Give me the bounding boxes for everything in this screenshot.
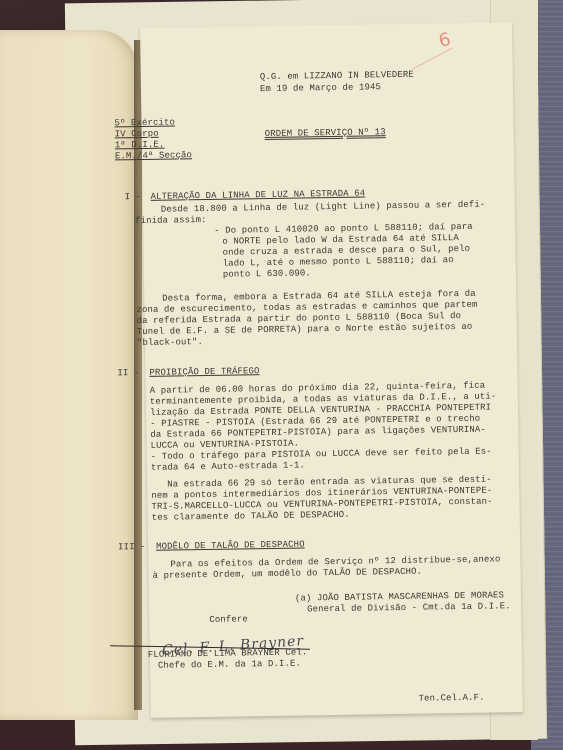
section-1-heading: ALTERAÇÃO DA LINHA DE LUZ NA ESTRADA 64 <box>151 188 366 202</box>
unit-line-4: E.M./4ª Secção <box>115 150 192 162</box>
section-1-line: lado L, até o mesmo ponto L 588110; daí … <box>223 255 454 270</box>
unit-line-2: IV Corpo <box>115 129 159 141</box>
section-2-number: II - <box>117 368 139 379</box>
section-1-line: "black-out". <box>137 337 203 349</box>
section-3-heading: MODÊLO DE TALÃO DE DESPACHO <box>156 539 305 552</box>
header-date: Em 19 de Março de 1945 <box>260 82 381 95</box>
confere-title: Chefe do E.M. da 1a D.I.E. <box>158 659 301 672</box>
unit-line-3: 1ª D.I.E. <box>115 140 165 152</box>
section-2-heading: PROIBIÇÃO DE TRÁFEGO <box>149 366 259 379</box>
section-1-number: I - <box>125 192 142 203</box>
section-1-line: finida assim: <box>135 215 207 227</box>
header-location: Q.G. em LIZZANO IN BELVEDERE <box>260 70 414 83</box>
document-page: Q.G. em LIZZANO IN BELVEDERE Em 19 de Ma… <box>140 22 523 718</box>
section-1-line: ponto L 630.090. <box>223 268 311 280</box>
section-2-line: tes claramente do TALÃO DE DESPACHO. <box>152 510 350 524</box>
confere-label: Confere <box>209 614 248 626</box>
section-3-number: III - <box>118 542 146 553</box>
unit-line-1: 5º Exército <box>114 117 175 129</box>
signatory-title: General de Divisão - Cmt.da 1a D.I.E. <box>307 601 511 615</box>
section-1-line: Desde 18.800 a Linha de luz (Light Line)… <box>161 200 486 216</box>
order-title: ORDEM DE SERVIÇO Nº 13 <box>265 127 386 140</box>
typist-initials: Ten.Cel.A.F. <box>418 693 484 705</box>
section-2-line: trada 64 e Auto-estrada 1-1. <box>151 460 305 473</box>
